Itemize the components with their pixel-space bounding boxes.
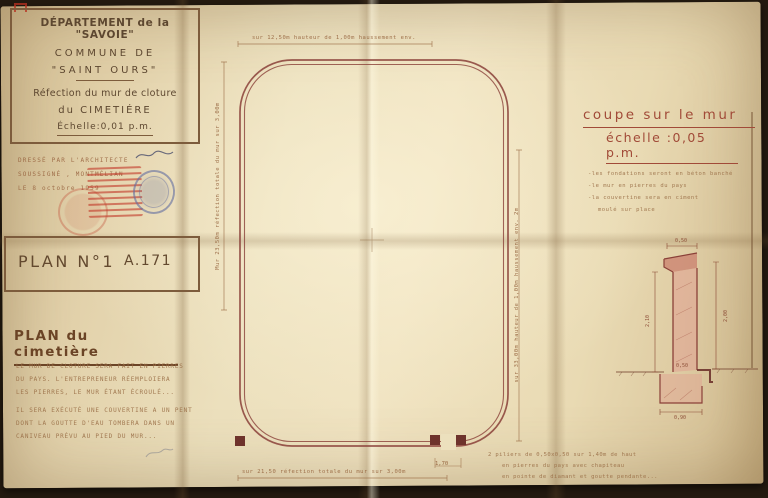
- department-title: DÉPARTEMENT de la "SAVOIE": [12, 17, 198, 41]
- coupe-dim-right: 2,00: [723, 310, 729, 322]
- commune-name: "SAINT OURS": [12, 65, 198, 76]
- coupe-dim-wall-base: 0,50: [676, 363, 688, 369]
- plan-note-paragraph-1: LE MUR DE CLÔTURE SERA FAIT EN PIERRES D…: [16, 360, 184, 399]
- note-line: IL SERA EXÉCUTÉ UNE COUVERTINE A UN PENT: [16, 404, 193, 417]
- subject-line2: du CIMETIÉRE: [12, 105, 198, 116]
- plan-top-dimension: sur 12,50m hauteur de 1,00m haussement e…: [252, 35, 416, 41]
- pillar-note-line: 2 piliers de 0,50x0,50 sur 1,40m de haut: [488, 450, 658, 461]
- pillar-note-line: en pierres du pays avec chapiteau: [488, 461, 658, 472]
- pillar-note: 2 piliers de 0,50x0,50 sur 1,40m de haut…: [488, 450, 658, 483]
- coupe-scale: échelle :0,05 p.m.: [606, 130, 738, 164]
- plan-note-paragraph-2: IL SERA EXÉCUTÉ UNE COUVERTINE A UN PENT…: [16, 404, 193, 443]
- note-line: DONT LA GOUTTE D'EAU TOMBERA DANS UN: [16, 417, 193, 430]
- photographed-plan: DÉPARTEMENT de la "SAVOIE" COMMUNE DE "S…: [0, 0, 768, 498]
- architect-line1: DRESSÉ PAR L'ARCHITECTE: [18, 154, 129, 168]
- plan-bottom-dimension: sur 21,50 réfection totale du mur sur 3,…: [242, 469, 406, 475]
- plan-number-label: PLAN N°1: [18, 252, 115, 271]
- coupe-note-line: -les fondations seront en béton banché: [588, 168, 733, 180]
- note-line: DU PAYS. L'ENTREPRENEUR RÉEMPLOIERA: [16, 373, 184, 386]
- scale-note: Échelle:0,01 p.m.: [12, 122, 198, 132]
- coupe-note-line: -la couvertine sera en ciment: [588, 192, 733, 204]
- plan-reference: A.171: [124, 253, 172, 269]
- coupe-dim-footing: 0,90: [674, 415, 686, 421]
- rule-divider: [57, 135, 153, 136]
- coupe-note-line: -le mur en pierres du pays: [588, 180, 733, 192]
- red-round-stamp: [58, 188, 108, 236]
- plan-number-box: PLAN N°1 A.171: [4, 236, 200, 292]
- note-line: LE MUR DE CLÔTURE SERA FAIT EN PIERRES: [16, 360, 184, 373]
- plan-right-dimension: sur 33,00m hauteur de 1,00m haussement e…: [514, 165, 520, 425]
- rule-divider: [76, 80, 134, 81]
- pillar-note-line: en pointe de diamant et goutte pendante.…: [488, 472, 658, 483]
- title-block: DÉPARTEMENT de la "SAVOIE" COMMUNE DE "S…: [10, 8, 200, 144]
- coupe-note-line: moulé sur place: [588, 204, 733, 216]
- sheet-edge-shadow: [751, 112, 753, 368]
- plan-left-dimension: Mur 23,50m réfection totale du mur sur 3…: [215, 96, 221, 276]
- coupe-title: coupe sur le mur: [583, 107, 755, 128]
- note-line: CANIVEAU PRÉVU AU PIED DU MUR...: [16, 430, 193, 443]
- coupe-dim-top: 0,50: [675, 238, 687, 244]
- note-line: LES PIERRES, LE MUR ÉTANT ÉCROULÉ...: [16, 386, 184, 399]
- coupe-notes: -les fondations seront en béton banché -…: [588, 168, 733, 216]
- coupe-dim-left: 2,10: [645, 315, 651, 327]
- gate-width-dimension: 1,70: [435, 461, 448, 467]
- subject-line1: Réfection du mur de cloture: [12, 88, 198, 99]
- commune-line: COMMUNE DE: [12, 48, 198, 59]
